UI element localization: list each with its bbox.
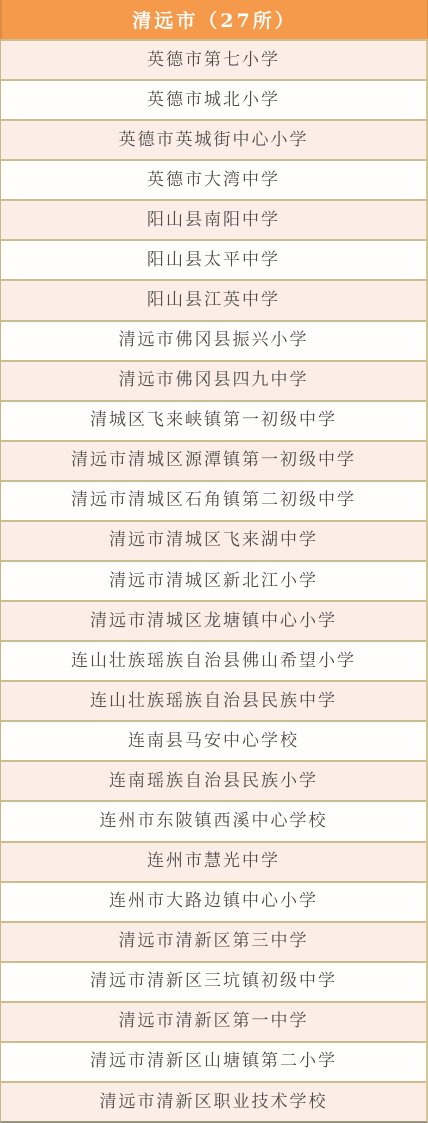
table-row: 连州市大路边镇中心小学 [1,881,426,921]
table-row: 清远市清城区石角镇第二初级中学 [1,480,426,520]
table-row: 英德市第七小学 [1,39,426,79]
table-row: 清远市清新区第一中学 [1,1001,426,1041]
table-row: 英德市城北小学 [1,79,426,119]
table-row: 连南县马安中心学校 [1,720,426,760]
table-row: 清远市清城区新北江小学 [1,560,426,600]
table-row: 清远市清城区飞来湖中学 [1,520,426,560]
table-row: 连南瑶族自治县民族小学 [1,760,426,800]
school-list-table: 清远市（27所） 英德市第七小学 英德市城北小学 英德市英城街中心小学 英德市大… [0,0,428,1123]
table-row: 英德市英城街中心小学 [1,119,426,159]
table-row: 英德市大湾中学 [1,159,426,199]
table-row: 连山壮族瑶族自治县佛山希望小学 [1,640,426,680]
table-row: 清远市清城区龙塘镇中心小学 [1,600,426,640]
table-row: 清远市佛冈县振兴小学 [1,320,426,360]
table-row: 清远市清新区山塘镇第二小学 [1,1041,426,1081]
table-row: 阳山县太平中学 [1,239,426,279]
table-row: 清远市佛冈县四九中学 [1,360,426,400]
table-header-city: 清远市（27所） [0,0,428,39]
table-row: 清远市清城区源潭镇第一初级中学 [1,440,426,480]
table-row: 清远市清新区三坑镇初级中学 [1,961,426,1001]
table-row: 阳山县江英中学 [1,279,426,319]
table-row: 清远市清新区第三中学 [1,921,426,961]
table-row: 连山壮族瑶族自治县民族中学 [1,680,426,720]
table-row: 阳山县南阳中学 [1,199,426,239]
table-row: 连州市慧光中学 [1,841,426,881]
table-row: 清远市清新区职业技术学校 [1,1081,426,1121]
table-row: 清城区飞来峡镇第一初级中学 [1,400,426,440]
table-row: 连州市东陂镇西溪中心学校 [1,800,426,840]
